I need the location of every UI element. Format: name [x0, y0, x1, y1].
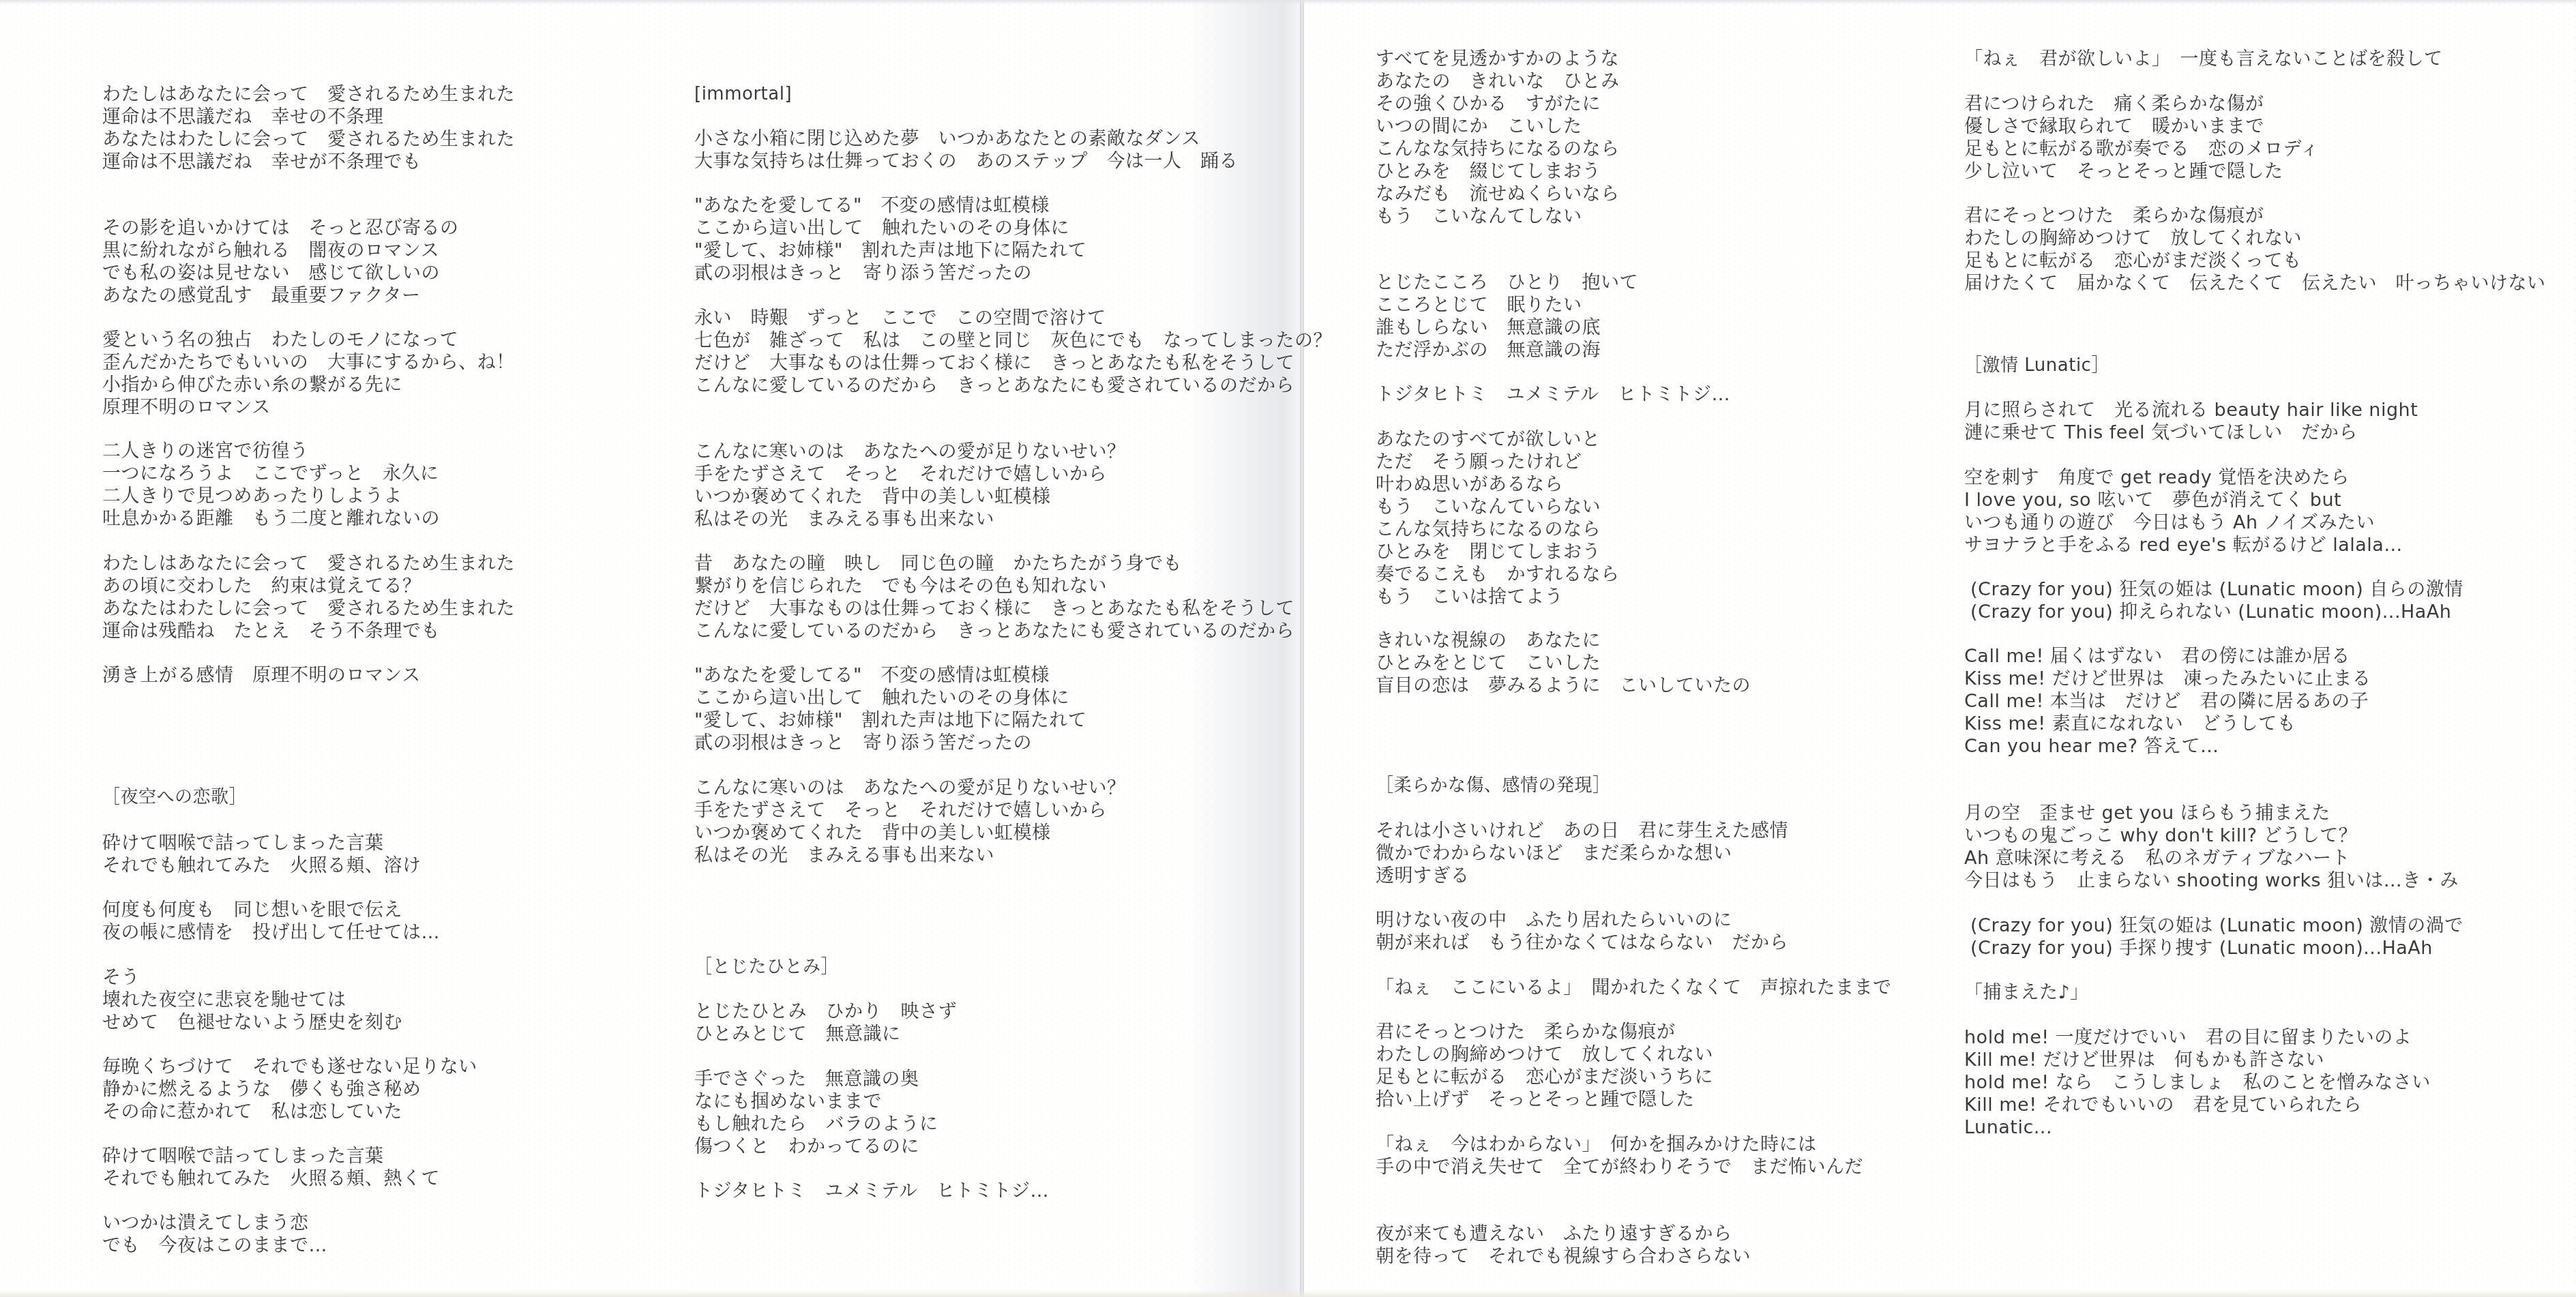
- lyric-line: "あなたを愛してる" 不変の感情は虹模様: [694, 194, 1086, 217]
- lyrics-stanza: こんなに寒いのは あなたへの愛が足りないせい？手をたずさえて そっと それだけで…: [694, 777, 1126, 867]
- lyric-line: あなたはわたしに会って 愛されるため生まれた: [102, 597, 515, 620]
- lyric-line: Kill me! それでもいいの 君を見ていられたら: [1964, 1094, 2431, 1116]
- lyrics-stanza: (Crazy for you) 狂気の姫は (Lunatic moon) 自らの…: [1964, 578, 2463, 623]
- lyric-line: 叶わぬ思いがあるなら: [1376, 473, 1620, 496]
- lyric-line: 月の空 歪ませ get you ほらもう捕まえた: [1964, 802, 2459, 824]
- lyric-line: 朝を待って それでも視線すら合わさらない: [1376, 1245, 1751, 1268]
- lyric-line: その影を追いかけては そっと忍び寄るの: [102, 217, 459, 239]
- lyric-line: 空を刺す 角度で get ready 覚悟を決めたら: [1964, 466, 2403, 489]
- lyric-line: 七色が 雑ざって 私は この壁と同じ 灰色にでも なってしまったの？: [694, 329, 1332, 352]
- lyrics-stanza: 空を刺す 角度で get ready 覚悟を決めたらI love you, so…: [1964, 466, 2403, 556]
- lyrics-stanza: わたしはあなたに会って 愛されるため生まれたあの頃に交わした 約束は覚えてる？あ…: [102, 552, 515, 642]
- lyrics-stanza: 「ねぇ 今はわからない」 何かを掴みかけた時には手の中で消え失せて 全てが終わり…: [1376, 1133, 1863, 1178]
- lyrics-stanza: hold me! 一度だけでいい 君の目に留まりたいのよKill me! だけど…: [1964, 1026, 2431, 1139]
- lyrics-stanza: 二人きりの迷宮で彷徨う一つになろうよ ここでずっと 永久に二人きりで見つめあった…: [102, 440, 440, 530]
- lyric-line: hold me! 一度だけでいい 君の目に留まりたいのよ: [1964, 1026, 2431, 1049]
- lyrics-stanza: その影を追いかけては そっと忍び寄るの黒に紛れながら触れる 闇夜のロマンスでも私…: [102, 217, 459, 307]
- lyric-line: いつか褒めてくれた 背中の美しい虹模様: [694, 822, 1126, 844]
- lyrics-stanza: とじたこころ ひとり 抱いてこころとじて 眠りたい誰もしらない 無意識の底ただ浮…: [1376, 271, 1638, 361]
- lyrics-stanza: 君にそっとつけた 柔らかな傷痕がわたしの胸締めつけて 放してくれない足もとに転が…: [1964, 205, 2546, 295]
- lyric-line: 原理不明のロマンス: [102, 396, 515, 419]
- lyric-line: それでも触れてみた 火照る頬、溶け: [102, 854, 421, 877]
- lyric-line: 大事な気持ちは仕舞っておくの あのステップ 今は一人 踊る: [694, 150, 1238, 173]
- lyrics-stanza: とじたひとみ ひかり 映さずひとみとじて 無意識に: [694, 1000, 957, 1045]
- lyric-line: 盲目の恋は 夢みるように こいしていたの: [1376, 674, 1751, 697]
- lyric-line: Call me! 届くはずない 君の傍には誰か居る: [1964, 645, 2371, 668]
- lyric-line: それでも触れてみた 火照る頬、熱くて: [102, 1167, 440, 1190]
- lyric-line: 静かに燃えるような 儚くも強さ秘め: [102, 1078, 477, 1101]
- lyric-line: Kiss me! 素直になれない どうしても: [1964, 713, 2371, 735]
- lyric-line: Kill me! だけど世界は 何もかも許さない: [1964, 1049, 2431, 1071]
- lyric-line: いつも通りの遊び 今日はもう Ah ノイズみたい: [1964, 511, 2403, 534]
- lyric-line: わたしはあなたに会って 愛されるため生まれた: [102, 83, 515, 106]
- lyric-line: 足もとに転がる 恋心がまだ淡いうちに: [1376, 1066, 1713, 1088]
- lyric-line: なにも掴めないままで: [694, 1090, 938, 1113]
- lyric-line: 手の中で消え失せて 全てが終わりそうで まだ怖いんだ: [1376, 1156, 1863, 1178]
- song-title: ［夜空への恋歌］: [102, 786, 247, 809]
- lyric-line: とじたひとみ ひかり 映さず: [694, 1000, 957, 1023]
- lyric-line: 傷つくと わかってるのに: [694, 1135, 938, 1158]
- lyrics-stanza: こんなに寒いのは あなたへの愛が足りないせい？手をたずさえて そっと それだけで…: [694, 441, 1126, 531]
- lyrics-stanza: 手でさぐった 無意識の奥なにも掴めないままでもし触れたら バラのように傷つくと …: [694, 1068, 938, 1158]
- lyric-line: Can you hear me? 答えて…: [1964, 735, 2371, 758]
- lyric-line: 貳の羽根はきっと 寄り添う筈だったの: [694, 732, 1086, 754]
- lyric-line: 今日はもう 止まらない shooting works 狙いは…き・み: [1964, 869, 2459, 892]
- lyric-line: なみだも 流せぬくらいなら: [1376, 183, 1620, 205]
- lyric-line: 拾い上げず そっとそっと踵で隠した: [1376, 1088, 1713, 1111]
- lyric-line: きれいな視線の あなたに: [1376, 629, 1751, 652]
- lyric-line: Call me! 本当は だけど 君の隣に居るあの子: [1964, 690, 2371, 713]
- lyric-line: わたしの胸締めつけて 放してくれない: [1376, 1043, 1713, 1066]
- lyric-line: 手をたずさえて そっと それだけで嬉しいから: [694, 463, 1126, 486]
- lyric-line: だけど 大事なものは仕舞っておく様に きっとあなたも私をそうして: [694, 352, 1332, 374]
- lyric-line: ここから這い出して 触れたいのその身体に: [694, 687, 1086, 709]
- lyric-line: こんなに寒いのは あなたへの愛が足りないせい？: [694, 777, 1126, 799]
- lyric-line: 運命は不思議だね 幸せが不条理でも: [102, 151, 515, 173]
- lyric-line: 二人きりの迷宮で彷徨う: [102, 440, 440, 462]
- lyrics-stanza: 夜が来ても遭えない ふたり遠すぎるから朝を待って それでも視線すら合わさらない: [1376, 1223, 1751, 1268]
- song-title-heading: ［柔らかな傷、感情の発現］: [1376, 775, 1611, 797]
- lyric-line: とじたこころ ひとり 抱いて: [1376, 271, 1638, 294]
- lyric-line: 歪んだかたちでもいいの 大事にするから、ね！: [102, 351, 515, 374]
- lyric-line: ただ浮かぶの 無意識の海: [1376, 339, 1638, 361]
- lyric-line: いつもの鬼ごっこ why don't kill? どうして？: [1964, 824, 2459, 847]
- lyric-line: ひとみをとじて こいした: [1376, 652, 1751, 674]
- lyric-line: わたしの胸締めつけて 放してくれない: [1964, 227, 2546, 250]
- lyric-line: Ah 意味深に考える 私のネガティブなハート: [1964, 847, 2459, 869]
- lyric-line: こんなに愛しているのだから きっとあなたにも愛されているのだから: [694, 374, 1332, 397]
- lyrics-stanza: トジタヒトミ ユメミテル ヒトミトジ…: [694, 1180, 1049, 1202]
- song-title-heading: ［激情 Lunatic］: [1964, 355, 2109, 377]
- lyrics-stanza: トジタヒトミ ユメミテル ヒトミトジ…: [1376, 383, 1730, 406]
- lyric-line: 昔 あなたの瞳 映し 同じ色の瞳 かたちたがう身でも: [694, 552, 1294, 575]
- lyric-line: Lunatic...: [1964, 1116, 2431, 1139]
- lyric-line: もう こいは捨てよう: [1376, 586, 1620, 608]
- lyric-line: 手をたずさえて そっと それだけで嬉しいから: [694, 799, 1126, 822]
- lyric-line: すべてを見透かすかのような: [1376, 48, 1620, 70]
- lyric-line: 私はその光 まみえる事も出来ない: [694, 844, 1126, 867]
- lyric-line: あの頃に交わした 約束は覚えてる？: [102, 575, 515, 597]
- lyric-line: 愛という名の独占 わたしのモノになって: [102, 329, 515, 351]
- lyric-line: 奏でるこえも かすれるなら: [1376, 563, 1620, 586]
- lyric-line: (Crazy for you) 狂気の姫は (Lunatic moon) 自らの…: [1964, 578, 2463, 601]
- lyric-line: ひとみとじて 無意識に: [694, 1023, 957, 1045]
- song-title: ［柔らかな傷、感情の発現］: [1376, 775, 1611, 797]
- song-title: ［とじたひとみ］: [694, 956, 839, 979]
- lyric-line: 砕けて咽喉で詰ってしまった言葉: [102, 832, 421, 854]
- lyric-line: 君にそっとつけた 柔らかな傷痕が: [1964, 205, 2546, 227]
- lyrics-stanza: 君にそっとつけた 柔らかな傷痕がわたしの胸締めつけて 放してくれない足もとに転が…: [1376, 1021, 1713, 1111]
- lyric-line: 少し泣いて そっとそっと踵で隠した: [1964, 160, 2319, 183]
- lyric-line: 貳の羽根はきっと 寄り添う筈だったの: [694, 262, 1086, 284]
- song-title: ［激情 Lunatic］: [1964, 355, 2109, 377]
- lyric-line: 微かでわからないほど まだ柔らかな想い: [1376, 842, 1788, 865]
- lyrics-stanza: Call me! 届くはずない 君の傍には誰か居るKiss me! だけど世界は…: [1964, 645, 2371, 758]
- lyrics-stanza: 湧き上がる感情 原理不明のロマンス: [102, 664, 421, 687]
- lyrics-stanza: 月に照らされて 光る流れる beauty hair like night漣に乗せ…: [1964, 399, 2418, 444]
- lyric-line: ひとみを 閉じてしまおう: [1376, 541, 1620, 563]
- lyrics-stanza: 愛という名の独占 わたしのモノになって歪んだかたちでもいいの 大事にするから、ね…: [102, 329, 515, 419]
- lyric-line: 砕けて咽喉で詰ってしまった言葉: [102, 1145, 440, 1167]
- lyric-line: こんなな気持ちになるのなら: [1376, 138, 1620, 160]
- song-title-heading: [immortal]: [694, 83, 792, 106]
- lyrics-stanza: 毎晩くちづけて それでも遂せない足りない静かに燃えるような 儚くも強さ秘めその命…: [102, 1056, 477, 1123]
- lyric-line: 永い 時艱 ずっと ここで この空間で溶けて: [694, 307, 1332, 329]
- lyric-line: 漣に乗せて This feel 気づいてほしい だから: [1964, 421, 2418, 444]
- bottom-edge-shadow: [0, 1290, 2576, 1297]
- lyric-line: 誰もしらない 無意識の底: [1376, 316, 1638, 339]
- lyric-line: 足もとに転がる歌が奏でる 恋のメロディ: [1964, 138, 2319, 160]
- lyric-line: 夜が来ても遭えない ふたり遠すぎるから: [1376, 1223, 1751, 1245]
- lyric-line: 毎晩くちづけて それでも遂せない足りない: [102, 1056, 477, 1078]
- lyric-line: だけど 大事なものは仕舞っておく様に きっとあなたも私をそうして: [694, 597, 1294, 620]
- lyric-line: 私はその光 まみえる事も出来ない: [694, 508, 1126, 531]
- song-title: [immortal]: [694, 83, 792, 106]
- lyric-line: (Crazy for you) 手探り捜す (Lunatic moon)...H…: [1964, 937, 2463, 959]
- lyric-line: ここから這い出して 触れたいのその身体に: [694, 217, 1086, 239]
- lyrics-stanza: 小さな小箱に閉じ込めた夢 いつかあなたとの素敵なダンス大事な気持ちは仕舞っておく…: [694, 128, 1238, 173]
- lyrics-stanza: そう壊れた夜空に悲哀を馳せてはせめて 色褪せないよう歴史を刻む: [102, 966, 402, 1034]
- lyric-line: 黒に紛れながら触れる 闇夜のロマンス: [102, 239, 459, 262]
- song-title-heading: ［とじたひとみ］: [694, 956, 839, 979]
- lyric-line: あなたのすべてが欲しいと: [1376, 428, 1620, 451]
- lyrics-stanza: (Crazy for you) 狂気の姫は (Lunatic moon) 激情の…: [1964, 914, 2463, 959]
- lyrics-stanza: 砕けて咽喉で詰ってしまった言葉それでも触れてみた 火照る頬、熱くて: [102, 1145, 440, 1190]
- lyric-line: もう こいなんてしない: [1376, 205, 1620, 228]
- lyric-line: "あなたを愛してる" 不変の感情は虹模様: [694, 664, 1086, 687]
- lyrics-stanza: 「捕まえた♪」: [1964, 981, 2089, 1004]
- lyric-line: 夜の帳に感情を 投げ出して任せては…: [102, 921, 440, 944]
- lyric-line: こころとじて 眠りたい: [1376, 294, 1638, 316]
- lyric-line: 朝が来れば もう往かなくてはならない だから: [1376, 931, 1788, 954]
- lyric-line: いつの間にか こいした: [1376, 115, 1620, 138]
- lyric-line: 透明すぎる: [1376, 865, 1788, 887]
- lyric-line: 足もとに転がる 恋心がまだ淡くっても: [1964, 250, 2546, 272]
- lyric-line: 運命は不思議だね 幸せの不条理: [102, 106, 515, 128]
- lyric-line: 「捕まえた♪」: [1964, 981, 2089, 1004]
- lyrics-stanza: 昔 あなたの瞳 映し 同じ色の瞳 かたちたがう身でも繋がりを信じられた でも今は…: [694, 552, 1294, 642]
- lyric-line: トジタヒトミ ユメミテル ヒトミトジ…: [1376, 383, 1730, 406]
- lyric-line: 「ねぇ 今はわからない」 何かを掴みかけた時には: [1376, 1133, 1863, 1156]
- lyric-line: 届けたくて 届かなくて 伝えたくて 伝えたい 叶っちゃいけない: [1964, 272, 2546, 295]
- lyric-line: でも 今夜はこのままで…: [102, 1234, 327, 1257]
- lyric-line: こんなに愛しているのだから きっとあなたにも愛されているのだから: [694, 620, 1294, 642]
- lyric-line: 壊れた夜空に悲哀を馳せては: [102, 989, 402, 1011]
- lyric-line: わたしはあなたに会って 愛されるため生まれた: [102, 552, 515, 575]
- lyric-line: 小指から伸びた赤い糸の繋がる先に: [102, 374, 515, 396]
- lyrics-stanza: わたしはあなたに会って 愛されるため生まれた運命は不思議だね 幸せの不条理あなた…: [102, 83, 515, 173]
- lyric-line: もし触れたら バラのように: [694, 1113, 938, 1135]
- lyrics-stanza: 砕けて咽喉で詰ってしまった言葉それでも触れてみた 火照る頬、溶け: [102, 832, 421, 877]
- lyric-line: hold me! なら こうしましょ 私のことを憎みなさい: [1964, 1071, 2431, 1094]
- lyric-line: 湧き上がる感情 原理不明のロマンス: [102, 664, 421, 687]
- lyric-line: こんなに寒いのは あなたへの愛が足りないせい？: [694, 441, 1126, 463]
- lyric-line: それは小さいけれど あの日 君に芽生えた感情: [1376, 820, 1788, 842]
- lyrics-stanza: "あなたを愛してる" 不変の感情は虹模様ここから這い出して 触れたいのその身体に…: [694, 664, 1086, 754]
- lyrics-stanza: すべてを見透かすかのようなあなたの きれいな ひとみその強くひかる すがたにいつ…: [1376, 48, 1620, 228]
- lyric-line: いつか褒めてくれた 背中の美しい虹模様: [694, 486, 1126, 508]
- lyrics-stanza: 「ねぇ ここにいるよ」 聞かれたくなくて 声掠れたままで: [1376, 977, 1892, 999]
- lyric-line: ひとみを 綴じてしまおう: [1376, 160, 1620, 183]
- lyric-line: その強くひかる すがたに: [1376, 93, 1620, 115]
- lyric-line: 明けない夜の中 ふたり居れたらいいのに: [1376, 909, 1788, 931]
- lyric-line: あなたの きれいな ひとみ: [1376, 70, 1620, 93]
- lyric-line: そう: [102, 966, 402, 989]
- lyrics-stanza: 何度も何度も 同じ想いを眼で伝え夜の帳に感情を 投げ出して任せては…: [102, 899, 440, 944]
- lyric-line: トジタヒトミ ユメミテル ヒトミトジ…: [694, 1180, 1049, 1202]
- lyric-line: 優しさで縁取られて 暖かいままで: [1964, 115, 2319, 138]
- lyrics-stanza: "あなたを愛してる" 不変の感情は虹模様ここから這い出して 触れたいのその身体に…: [694, 194, 1086, 284]
- lyric-line: ただ そう願ったけれど: [1376, 451, 1620, 473]
- lyric-line: Kiss me! だけど世界は 凍ったみたいに止まる: [1964, 668, 2371, 690]
- lyric-line: いつかは潰えてしまう恋: [102, 1212, 327, 1234]
- top-edge-shadow: [0, 0, 2576, 5]
- lyric-line: 吐息かかる距離 もう二度と離れないの: [102, 507, 440, 530]
- lyric-line: その命に惹かれて 私は恋していた: [102, 1101, 477, 1123]
- lyric-line: あなたの感覚乱す 最重要ファクター: [102, 284, 459, 307]
- lyric-line: こんな気持ちになるのなら: [1376, 518, 1620, 541]
- lyric-line: "愛して、お姉様" 割れた声は地下に隔たれて: [694, 239, 1086, 262]
- lyric-line: I love you, so 呟いて 夢色が消えてく but: [1964, 489, 2403, 511]
- lyric-line: もう こいなんていらない: [1376, 496, 1620, 518]
- lyrics-stanza: 明けない夜の中 ふたり居れたらいいのに朝が来れば もう往かなくてはならない だか…: [1376, 909, 1788, 954]
- lyrics-stanza: いつかは潰えてしまう恋でも 今夜はこのままで…: [102, 1212, 327, 1257]
- lyric-line: (Crazy for you) 抑えられない (Lunatic moon)...…: [1964, 601, 2463, 623]
- lyric-line: せめて 色褪せないよう歴史を刻む: [102, 1011, 402, 1034]
- lyric-line: 手でさぐった 無意識の奥: [694, 1068, 938, 1090]
- lyrics-stanza: 永い 時艱 ずっと ここで この空間で溶けて七色が 雑ざって 私は この壁と同じ…: [694, 307, 1332, 397]
- lyric-line: 「ねぇ 君が欲しいよ」 一度も言えないことばを殺して: [1964, 48, 2443, 70]
- lyrics-stanza: あなたのすべてが欲しいとただ そう願ったけれど叶わぬ思いがあるならもう こいなん…: [1376, 428, 1620, 608]
- lyric-line: "愛して、お姉様" 割れた声は地下に隔たれて: [694, 709, 1086, 732]
- lyric-line: 繋がりを信じられた でも今はその色も知れない: [694, 575, 1294, 597]
- lyric-line: 君につけられた 痛く柔らかな傷が: [1964, 93, 2319, 115]
- lyrics-stanza: 君につけられた 痛く柔らかな傷が優しさで縁取られて 暖かいままで足もとに転がる歌…: [1964, 93, 2319, 183]
- lyric-line: 小さな小箱に閉じ込めた夢 いつかあなたとの素敵なダンス: [694, 128, 1238, 150]
- lyrics-stanza: きれいな視線の あなたにひとみをとじて こいした盲目の恋は 夢みるように こいし…: [1376, 629, 1751, 697]
- lyrics-stanza: 「ねぇ 君が欲しいよ」 一度も言えないことばを殺して: [1964, 48, 2443, 70]
- lyric-line: 月に照らされて 光る流れる beauty hair like night: [1964, 399, 2418, 421]
- song-title-heading: ［夜空への恋歌］: [102, 786, 247, 809]
- lyric-line: でも私の姿は見せない 感じて欲しいの: [102, 262, 459, 284]
- lyrics-stanza: 月の空 歪ませ get you ほらもう捕まえたいつもの鬼ごっこ why don…: [1964, 802, 2459, 892]
- lyric-line: 二人きりで見つめあったりしようよ: [102, 485, 440, 507]
- lyrics-stanza: それは小さいけれど あの日 君に芽生えた感情微かでわからないほど まだ柔らかな想…: [1376, 820, 1788, 887]
- lyric-line: 一つになろうよ ここでずっと 永久に: [102, 462, 440, 485]
- lyric-line: 何度も何度も 同じ想いを眼で伝え: [102, 899, 440, 921]
- lyric-line: 「ねぇ ここにいるよ」 聞かれたくなくて 声掠れたままで: [1376, 977, 1892, 999]
- lyric-line: あなたはわたしに会って 愛されるため生まれた: [102, 128, 515, 151]
- lyric-line: (Crazy for you) 狂気の姫は (Lunatic moon) 激情の…: [1964, 914, 2463, 937]
- lyric-line: サヨナラと手をふる red eye's 転がるけど lalala...: [1964, 534, 2403, 556]
- page-fold: [1300, 0, 1304, 1297]
- lyric-line: 君にそっとつけた 柔らかな傷痕が: [1376, 1021, 1713, 1043]
- lyric-line: 運命は残酷ね たとえ そう不条理でも: [102, 620, 515, 642]
